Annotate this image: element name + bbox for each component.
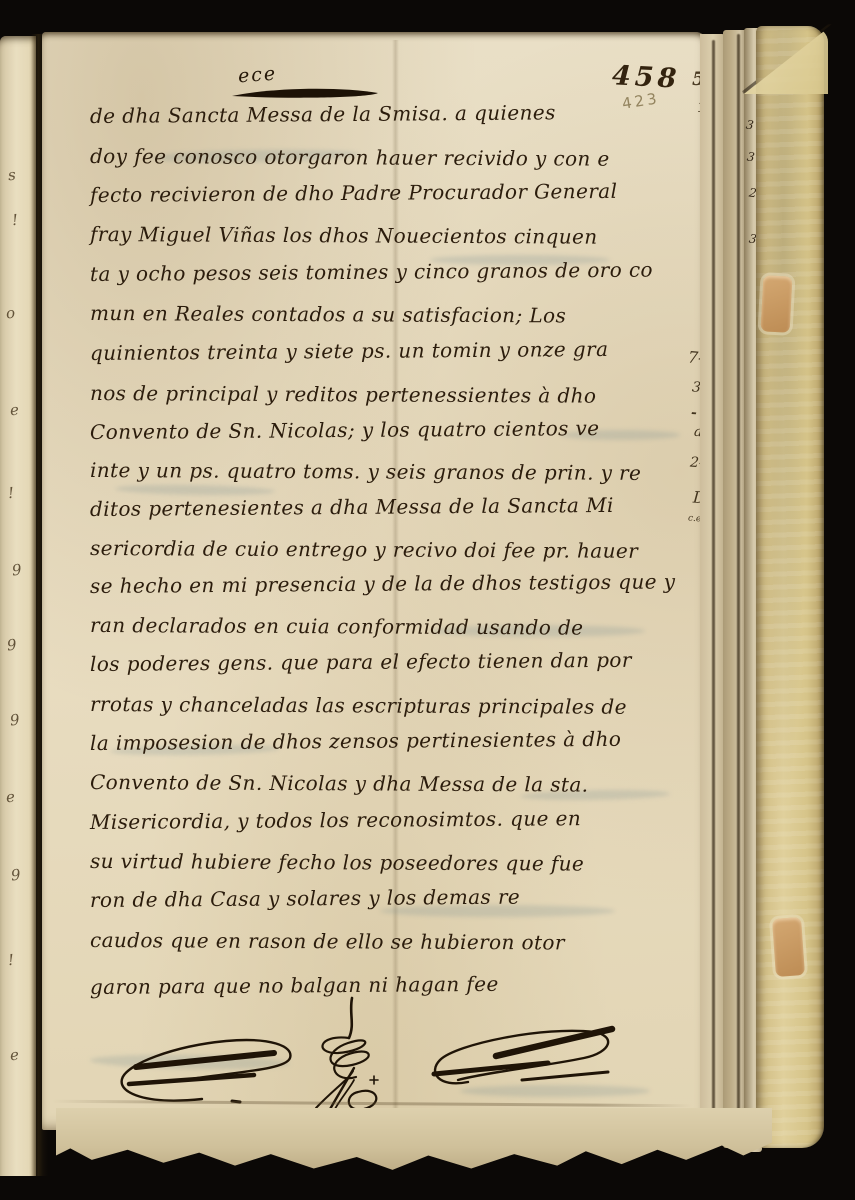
- manuscript-line: quinientos treinta y siete ps. un tomin …: [90, 337, 609, 365]
- repair-tab: [761, 275, 793, 332]
- manuscript-line: mun en Reales contados a su satisfacion;…: [90, 301, 566, 327]
- fore-edge-crevice: [737, 34, 740, 1132]
- facing-page-mark: e: [9, 401, 20, 420]
- facing-page-mark: 9: [6, 636, 17, 655]
- facing-page-mark: e: [9, 1046, 20, 1065]
- fore-edge-crevice: [712, 40, 715, 1120]
- fore-edge-scribble: 3: [745, 118, 755, 133]
- manuscript-line: su virtud hubiere fecho los poseedores q…: [90, 849, 584, 876]
- manuscript-line: caudos que en rason de ello se hubieron …: [90, 928, 565, 954]
- manuscript-line: ditos pertenesientes a dha Messa de la S…: [90, 493, 614, 521]
- manuscript-line: sericordia de cuio entrego y recivo doi …: [90, 536, 638, 563]
- manuscript-line: fray Miguel Viñas los dhos Nouecientos c…: [90, 222, 598, 249]
- manuscript-line: ran declarados en cuia conformidad usand…: [90, 613, 584, 640]
- signature-rubric-left: [112, 1033, 300, 1105]
- facing-page-mark: 9: [9, 711, 20, 730]
- manuscript-line: de dha Sancta Messa de la Smisa. a quien…: [90, 100, 556, 128]
- fore-edge-scribble: 3: [746, 150, 756, 165]
- manuscript-line: doy fee conosco otorgaron hauer recivido…: [90, 144, 610, 171]
- header-swash-underline: [228, 84, 388, 102]
- manuscript-line: Convento de Sn. Nicolas y dha Messa de l…: [90, 770, 589, 797]
- folio-number-ink: 458: [611, 60, 681, 95]
- photograph-of-bound-manuscript: { "colors": { "backdrop": "#0b0806", "pa…: [0, 0, 855, 1200]
- parchment-cover: [756, 26, 824, 1148]
- manuscript-line: Convento de Sn. Nicolas; y los quatro ci…: [90, 416, 600, 444]
- manuscript-line: Misericordia, y todos los reconosimtos. …: [90, 806, 581, 834]
- manuscript-line: inte y un ps. quatro toms. y seis granos…: [90, 458, 641, 485]
- manuscript-line: la imposesion de dhos zensos pertinesien…: [90, 727, 621, 755]
- margin-mark: -: [690, 405, 697, 421]
- manuscript-line: nos de principal y reditos pertenessient…: [90, 381, 596, 408]
- signature-rubric-right: [426, 1022, 616, 1100]
- repair-tab: [772, 917, 805, 977]
- facing-page-mark: !: [11, 211, 19, 230]
- facing-page-mark: e: [5, 788, 16, 807]
- manuscript-line: rrotas y chanceladas las escripturas pri…: [90, 692, 627, 719]
- manuscript-line: garon para que no balgan ni hagan fee: [90, 972, 499, 999]
- facing-page-mark: o: [5, 304, 16, 323]
- manuscript-line: ron de dha Casa y solares y los demas re: [90, 885, 520, 912]
- manuscript-line: los poderes gens. que para el efecto tie…: [90, 648, 632, 676]
- facing-page-mark: s: [7, 166, 17, 185]
- bottom-page-edges: [56, 1108, 772, 1180]
- facing-page-mark: !: [7, 484, 15, 503]
- manuscript-line: se hecho en mi presencia y de la de dhos…: [90, 569, 676, 598]
- facing-page-mark: 9: [11, 561, 22, 580]
- manuscript-line: ta y ocho pesos seis tomines y cinco gra…: [90, 258, 653, 286]
- manuscript-line: fecto recivieron de dho Padre Procurador…: [90, 179, 618, 207]
- facing-page-mark: !: [7, 951, 15, 970]
- facing-page-mark: 9: [10, 866, 21, 885]
